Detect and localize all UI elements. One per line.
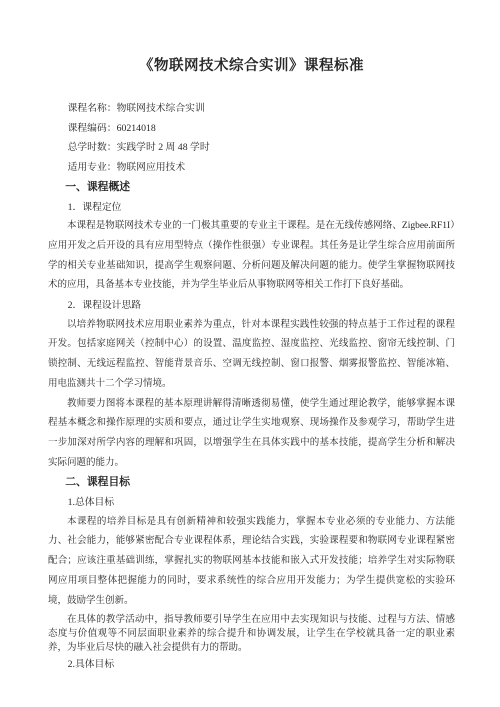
subsection-heading-specific-goal: 2.具体目标 bbox=[48, 655, 455, 675]
page-title: 《物联网技术综合实训》课程标准 bbox=[48, 56, 455, 76]
meta-line-course-name: 课程名称：物联网技术综合实训 bbox=[48, 99, 455, 119]
paragraph-overall-goal: 本课程的培养目标是具有创新精神和较强实践能力，掌握本专业必须的专业能力、方法能力… bbox=[48, 513, 455, 612]
subsection-heading-design-idea: 2．课程设计思路 bbox=[48, 296, 455, 316]
meta-value: 物联网应用技术 bbox=[117, 162, 186, 173]
subsection-heading-overall-goal: 1.总体目标 bbox=[48, 493, 455, 513]
meta-label: 适用专业： bbox=[68, 162, 117, 173]
meta-label: 课程名称： bbox=[68, 103, 117, 114]
paragraph-design-idea: 以培养物联网技术应用职业素养为重点，针对本课程实践性较强的特点基于工作过程的课程… bbox=[48, 316, 455, 395]
meta-line-major: 适用专业：物联网应用技术 bbox=[48, 158, 455, 178]
document-body: 课程名称：物联网技术综合实训 课程编码：60214018 总学时数：实践学时 2… bbox=[48, 99, 455, 675]
meta-value: 60214018 bbox=[117, 123, 156, 134]
document-page: 《物联网技术综合实训》课程标准 课程名称：物联网技术综合实训 课程编码：6021… bbox=[0, 0, 500, 707]
subsection-heading-positioning: 1．课程定位 bbox=[48, 198, 455, 218]
meta-value: 物联网技术综合实训 bbox=[117, 103, 205, 114]
meta-label: 课程编码： bbox=[68, 123, 117, 134]
meta-line-course-code: 课程编码：60214018 bbox=[48, 119, 455, 139]
meta-label: 总学时数： bbox=[68, 142, 117, 153]
section-heading-overview: 一、课程概述 bbox=[48, 178, 455, 198]
section-heading-objectives: 二、课程目标 bbox=[48, 473, 455, 493]
paragraph-teaching-method: 教师要力图将本课程的基本原理讲解得清晰透彻易懂，使学生通过理论教学，能够掌握本课… bbox=[48, 395, 455, 474]
paragraph-teaching-activities: 在具体的教学活动中，指导教师要引导学生在应用中去实现知识与技能、过程与方法、情感… bbox=[48, 613, 455, 655]
meta-line-total-hours: 总学时数：实践学时 2 周 48 学时 bbox=[48, 138, 455, 158]
paragraph-course-positioning: 本课程是物联网技术专业的一门极其重要的专业主干课程。是在无线传感网络、Zigbe… bbox=[48, 217, 455, 296]
meta-value: 实践学时 2 周 48 学时 bbox=[117, 142, 210, 153]
